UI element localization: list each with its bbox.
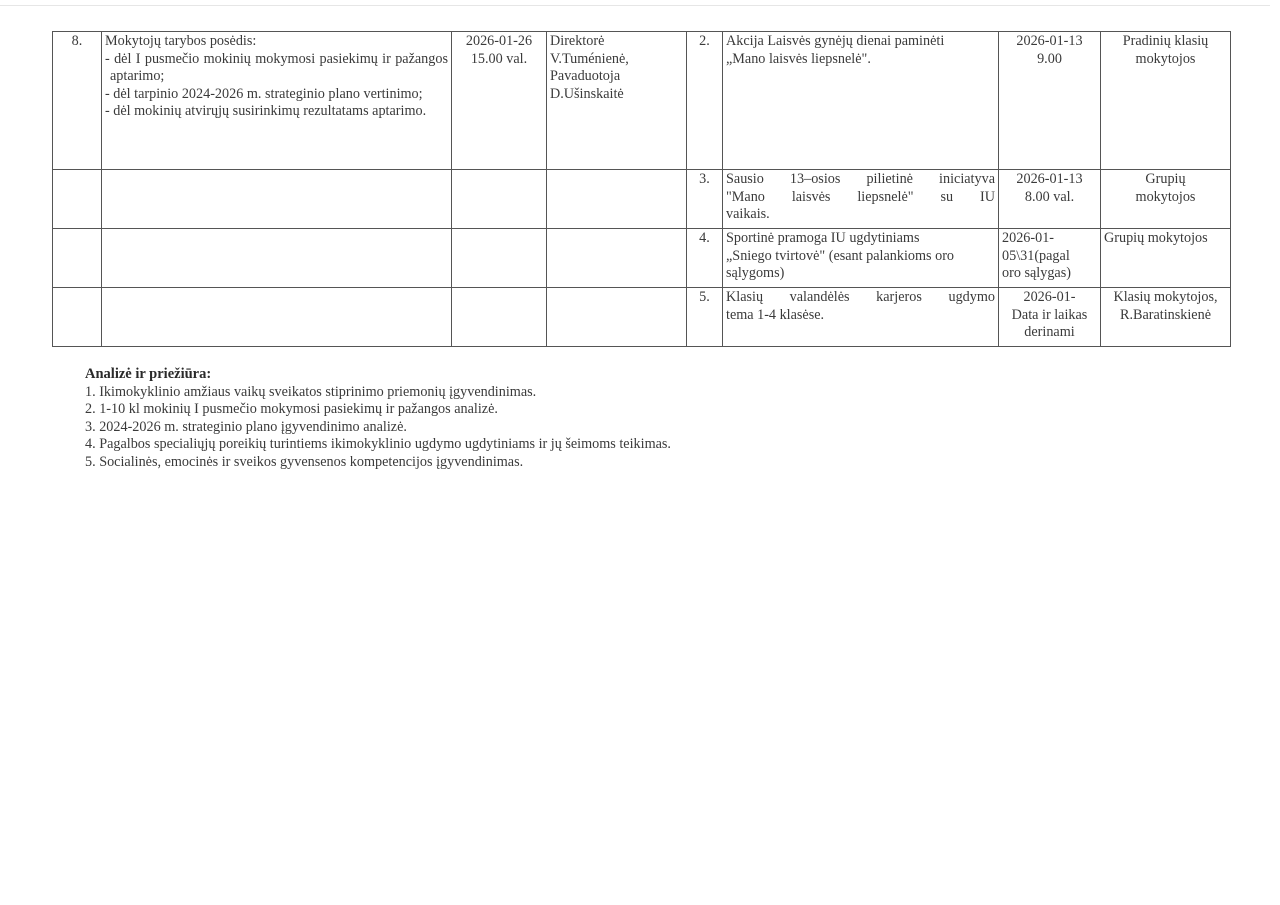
activity-line: Akcija Laisvės gynėjų dienai paminėti — [726, 33, 995, 51]
activity-line: Sportinė pramoga IU ugdytiniams — [726, 230, 995, 248]
date-text: derinami — [1002, 324, 1097, 342]
analysis-item: 2. 1-10 kl mokinių I pusmečio mokymosi p… — [85, 401, 671, 419]
responsible-line: Grupių mokytojos — [1104, 230, 1227, 248]
activity-date: 2026-01-13 8.00 val. — [999, 170, 1101, 229]
responsible-line: R.Baratinskienė — [1104, 307, 1227, 325]
empty-cell — [102, 170, 452, 229]
table-row: 4. Sportinė pramoga IU ugdytiniams „Snie… — [53, 229, 1231, 288]
activity-line: tema 1-4 klasėse. — [726, 307, 995, 325]
responsible-line: Pradinių klasių — [1104, 33, 1227, 51]
date-text: 2026-01-13 — [1002, 171, 1097, 189]
empty-cell — [452, 229, 547, 288]
activity-line: Sausio 13–osios pilietinė iniciatyva — [726, 171, 995, 189]
analysis-item: 5. Socialinės, emocinės ir sveikos gyven… — [85, 454, 671, 472]
empty-cell — [53, 170, 102, 229]
row-number: 3. — [687, 170, 723, 229]
empty-cell — [53, 288, 102, 347]
analysis-section: Analizė ir priežiūra: 1. Ikimokyklinio a… — [85, 366, 671, 472]
activity-line: sąlygoms) — [726, 265, 995, 283]
activity-line: „Sniego tvirtovė" (esant palankioms oro — [726, 248, 995, 266]
row-number: 4. — [687, 229, 723, 288]
date-text: 2026-01-13 — [1002, 33, 1097, 51]
table-row: 3. Sausio 13–osios pilietinė iniciatyva … — [53, 170, 1231, 229]
activity-responsible: Pradinių klasių mokytojos — [1101, 32, 1231, 170]
activity-description: Sportinė pramoga IU ugdytiniams „Sniego … — [723, 229, 999, 288]
meeting-responsible: Direktorė V.Tuménienė, Pavaduotoja D.Uši… — [547, 32, 687, 170]
activity-responsible: Klasių mokytojos, R.Baratinskienė — [1101, 288, 1231, 347]
page-top-edge — [0, 5, 1270, 6]
meeting-item: - dėl tarpinio 2024-2026 m. strateginio … — [105, 86, 448, 104]
time-text: 15.00 val. — [455, 51, 543, 69]
analysis-list: 1. Ikimokyklinio amžiaus vaikų sveikatos… — [85, 384, 671, 472]
activity-date: 2026-01- 05\31(pagal oro sąlygas) — [999, 229, 1101, 288]
empty-cell — [53, 229, 102, 288]
row-number: 8. — [53, 32, 102, 170]
activity-line: vaikais. — [726, 206, 995, 224]
responsible-line: Grupių — [1104, 171, 1227, 189]
activity-plan-table: 8. Mokytojų tarybos posėdis: - dėl I pus… — [52, 31, 1231, 347]
empty-cell — [547, 170, 687, 229]
date-text: Data ir laikas — [1002, 307, 1097, 325]
activity-date: 2026-01- Data ir laikas derinami — [999, 288, 1101, 347]
activity-description: Klasių valandėlės karjeros ugdymo tema 1… — [723, 288, 999, 347]
row-number: 5. — [687, 288, 723, 347]
responsible-line: Direktorė — [550, 33, 683, 51]
activity-line: "Mano laisvės liepsnelė" su IU — [726, 189, 995, 207]
activity-responsible: Grupių mokytojos — [1101, 170, 1231, 229]
meeting-item: - dėl mokinių atvirųjų susirinkimų rezul… — [105, 103, 448, 121]
empty-cell — [452, 170, 547, 229]
empty-cell — [547, 229, 687, 288]
table-row: 8. Mokytojų tarybos posėdis: - dėl I pus… — [53, 32, 1231, 170]
activity-responsible: Grupių mokytojos — [1101, 229, 1231, 288]
empty-cell — [547, 288, 687, 347]
empty-cell — [102, 288, 452, 347]
analysis-heading: Analizė ir priežiūra: — [85, 366, 671, 384]
analysis-item: 4. Pagalbos specialiųjų poreikių turinti… — [85, 436, 671, 454]
empty-cell — [452, 288, 547, 347]
date-text: 2026-01-26 — [455, 33, 543, 51]
date-text: 2026-01- — [1002, 289, 1097, 307]
responsible-line: mokytojos — [1104, 51, 1227, 69]
date-text: 2026-01- — [1002, 230, 1097, 248]
analysis-item: 3. 2024-2026 m. strateginio plano įgyven… — [85, 419, 671, 437]
responsible-line: V.Tuménienė, — [550, 51, 683, 69]
activity-line: Klasių valandėlės karjeros ugdymo — [726, 289, 995, 307]
responsible-line: mokytojos — [1104, 189, 1227, 207]
activity-description: Akcija Laisvės gynėjų dienai paminėti „M… — [723, 32, 999, 170]
analysis-item: 1. Ikimokyklinio amžiaus vaikų sveikatos… — [85, 384, 671, 402]
empty-cell — [102, 229, 452, 288]
activity-line: „Mano laisvės liepsnelė". — [726, 51, 995, 69]
responsible-line: Pavaduotoja — [550, 68, 683, 86]
meeting-title: Mokytojų tarybos posėdis: — [105, 33, 448, 51]
table-row: 5. Klasių valandėlės karjeros ugdymo tem… — [53, 288, 1231, 347]
activity-date: 2026-01-13 9.00 — [999, 32, 1101, 170]
date-text: 05\31(pagal — [1002, 248, 1097, 266]
time-text: 8.00 val. — [1002, 189, 1097, 207]
meeting-date: 2026-01-26 15.00 val. — [452, 32, 547, 170]
responsible-line: Klasių mokytojos, — [1104, 289, 1227, 307]
meeting-description: Mokytojų tarybos posėdis: - dėl I pusmeč… — [102, 32, 452, 170]
row-number: 2. — [687, 32, 723, 170]
date-text: oro sąlygas) — [1002, 265, 1097, 283]
responsible-line: D.Ušinskaitė — [550, 86, 683, 104]
meeting-item: - dėl I pusmečio mokinių mokymosi pasiek… — [105, 51, 448, 86]
activity-description: Sausio 13–osios pilietinė iniciatyva "Ma… — [723, 170, 999, 229]
time-text: 9.00 — [1002, 51, 1097, 69]
